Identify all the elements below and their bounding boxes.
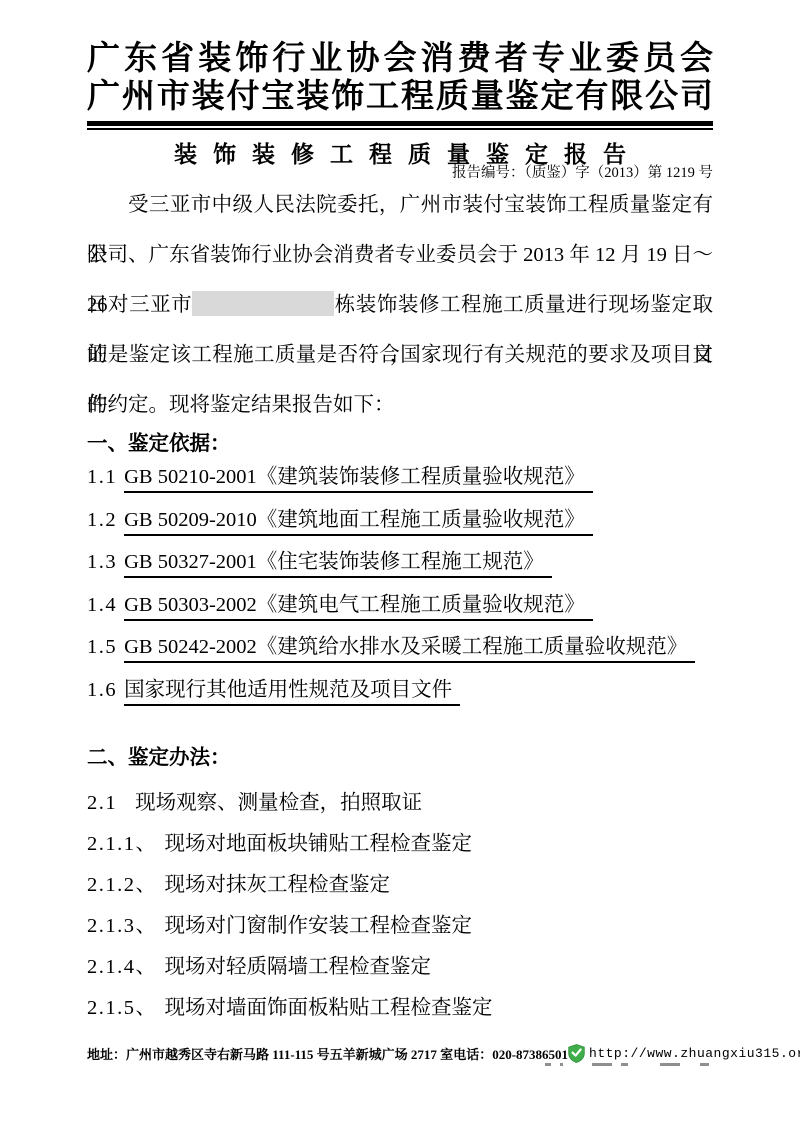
item-number: 2.1 (87, 792, 117, 814)
footer-url-group: http://www.zhuangxiu315.org (568, 1044, 800, 1063)
standard-title: 国家现行其他适用性规范及项目文件 (124, 679, 460, 706)
method-text: 现场对门窗制作安装工程检查鉴定 (165, 915, 473, 937)
section1-items: 1.1GB 50210-2001《建筑装饰装修工程质量验收规范》 1.2GB 5… (87, 456, 713, 711)
method-item: 2.1.1、现场对地面板块铺贴工程检查鉴定 (87, 824, 713, 865)
method-text: 现场对轻质隔墙工程检查鉴定 (165, 956, 432, 978)
standard-item: 1.3GB 50327-2001《住宅装饰装修工程施工规范》 (87, 541, 713, 584)
standard-item: 1.1GB 50210-2001《建筑装饰装修工程质量验收规范》 (87, 456, 713, 499)
section1-heading: 一、鉴定依据： (87, 430, 713, 458)
standard-item: 1.2GB 50209-2010《建筑地面工程施工质量验收规范》 (87, 499, 713, 542)
item-number: 1.4 (87, 594, 117, 616)
item-number: 2.1.1、 (87, 833, 158, 855)
standard-item: 1.6国家现行其他适用性规范及项目文件 (87, 669, 713, 712)
standard-title: GB 50327-2001《住宅装饰装修工程施工规范》 (124, 551, 552, 578)
method-item: 2.1.4、现场对轻质隔墙工程检查鉴定 (87, 947, 713, 988)
method-item: 2.1.2、现场对抹灰工程检查鉴定 (87, 865, 713, 906)
item-number: 2.1.5、 (87, 997, 158, 1019)
method-item: 2.1.5、现场对墙面饰面板粘贴工程检查鉴定 (87, 988, 713, 1029)
standard-title: GB 50209-2010《建筑地面工程施工质量验收规范》 (124, 509, 593, 536)
item-number: 2.1.2、 (87, 874, 158, 896)
item-number: 1.3 (87, 551, 117, 573)
section2-heading: 二、鉴定办法： (87, 744, 713, 772)
intro-line-3-before: 日对三亚市 (87, 294, 192, 316)
method-text: 现场对抹灰工程检查鉴定 (165, 874, 391, 896)
intro-line-3: 日对三亚市栋装饰装修工程施工质量进行现场鉴定取证，目 (87, 280, 713, 330)
redaction-box (192, 291, 334, 316)
method-text: 现场对地面板块铺贴工程检查鉴定 (165, 833, 473, 855)
letterhead: 广东省装饰行业协会消费者专业委员会 广州市装付宝装饰工程质量鉴定有限公司 (87, 40, 713, 116)
standard-title: GB 50242-2002《建筑给水排水及采暖工程施工质量验收规范》 (124, 636, 695, 663)
method-item: 2.1.3、现场对门窗制作安装工程检查鉴定 (87, 906, 713, 947)
shield-check-icon (568, 1044, 585, 1063)
item-number: 1.6 (87, 679, 117, 701)
intro-line-1: 受三亚市中级人民法院委托，广州市装付宝装饰工程质量鉴定有限 (87, 180, 713, 230)
intro-line-5: 的约定。现将鉴定结果报告如下： (87, 380, 713, 430)
letterhead-rule-thin (87, 128, 713, 130)
intro-line-4: 的是鉴定该工程施工质量是否符合国家现行有关规范的要求及项目文件 (87, 330, 713, 380)
footer-address: 地址：广州市越秀区寺右新马路 111-115 号五羊新城广场 2717 室 (87, 1044, 453, 1063)
intro-line-2: 公司、广东省装饰行业协会消费者专业委员会于 2013 年 12 月 19 日～2… (87, 230, 713, 280)
page-footer: 地址：广州市越秀区寺右新马路 111-115 号五羊新城广场 2717 室 电话… (87, 1044, 713, 1063)
standard-title: GB 50210-2001《建筑装饰装修工程质量验收规范》 (124, 466, 593, 493)
method-item: 2.1现场观察、测量检查，拍照取证 (87, 783, 713, 824)
standard-item: 1.5GB 50242-2002《建筑给水排水及采暖工程施工质量验收规范》 (87, 626, 713, 669)
intro-paragraph: 受三亚市中级人民法院委托，广州市装付宝装饰工程质量鉴定有限 公司、广东省装饰行业… (87, 180, 713, 430)
standard-item: 1.4GB 50303-2002《建筑电气工程施工质量验收规范》 (87, 584, 713, 627)
method-text: 现场对墙面饰面板粘贴工程检查鉴定 (165, 997, 493, 1019)
item-number: 1.1 (87, 466, 117, 488)
letterhead-rule-thick (87, 121, 713, 126)
item-number: 1.5 (87, 636, 117, 658)
footer-url: http://www.zhuangxiu315.org (589, 1046, 800, 1061)
letterhead-line-2: 广州市装付宝装饰工程质量鉴定有限公司 (87, 79, 713, 116)
letterhead-line-1: 广东省装饰行业协会消费者专业委员会 (87, 40, 713, 79)
method-text: 现场观察、测量检查，拍照取证 (135, 792, 422, 814)
item-number: 2.1.4、 (87, 956, 158, 978)
report-page: 广东省装饰行业协会消费者专业委员会 广州市装付宝装饰工程质量鉴定有限公司 装饰装… (0, 0, 800, 1131)
footer-phone: 电话：020-87386501 (453, 1044, 568, 1063)
standard-title: GB 50303-2002《建筑电气工程施工质量验收规范》 (124, 594, 593, 621)
item-number: 2.1.3、 (87, 915, 158, 937)
item-number: 1.2 (87, 509, 117, 531)
section2-items: 2.1现场观察、测量检查，拍照取证 2.1.1、现场对地面板块铺贴工程检查鉴定 … (87, 783, 713, 1029)
report-number: 报告编号：（质鉴）字（2013）第 1219 号 (87, 161, 713, 182)
